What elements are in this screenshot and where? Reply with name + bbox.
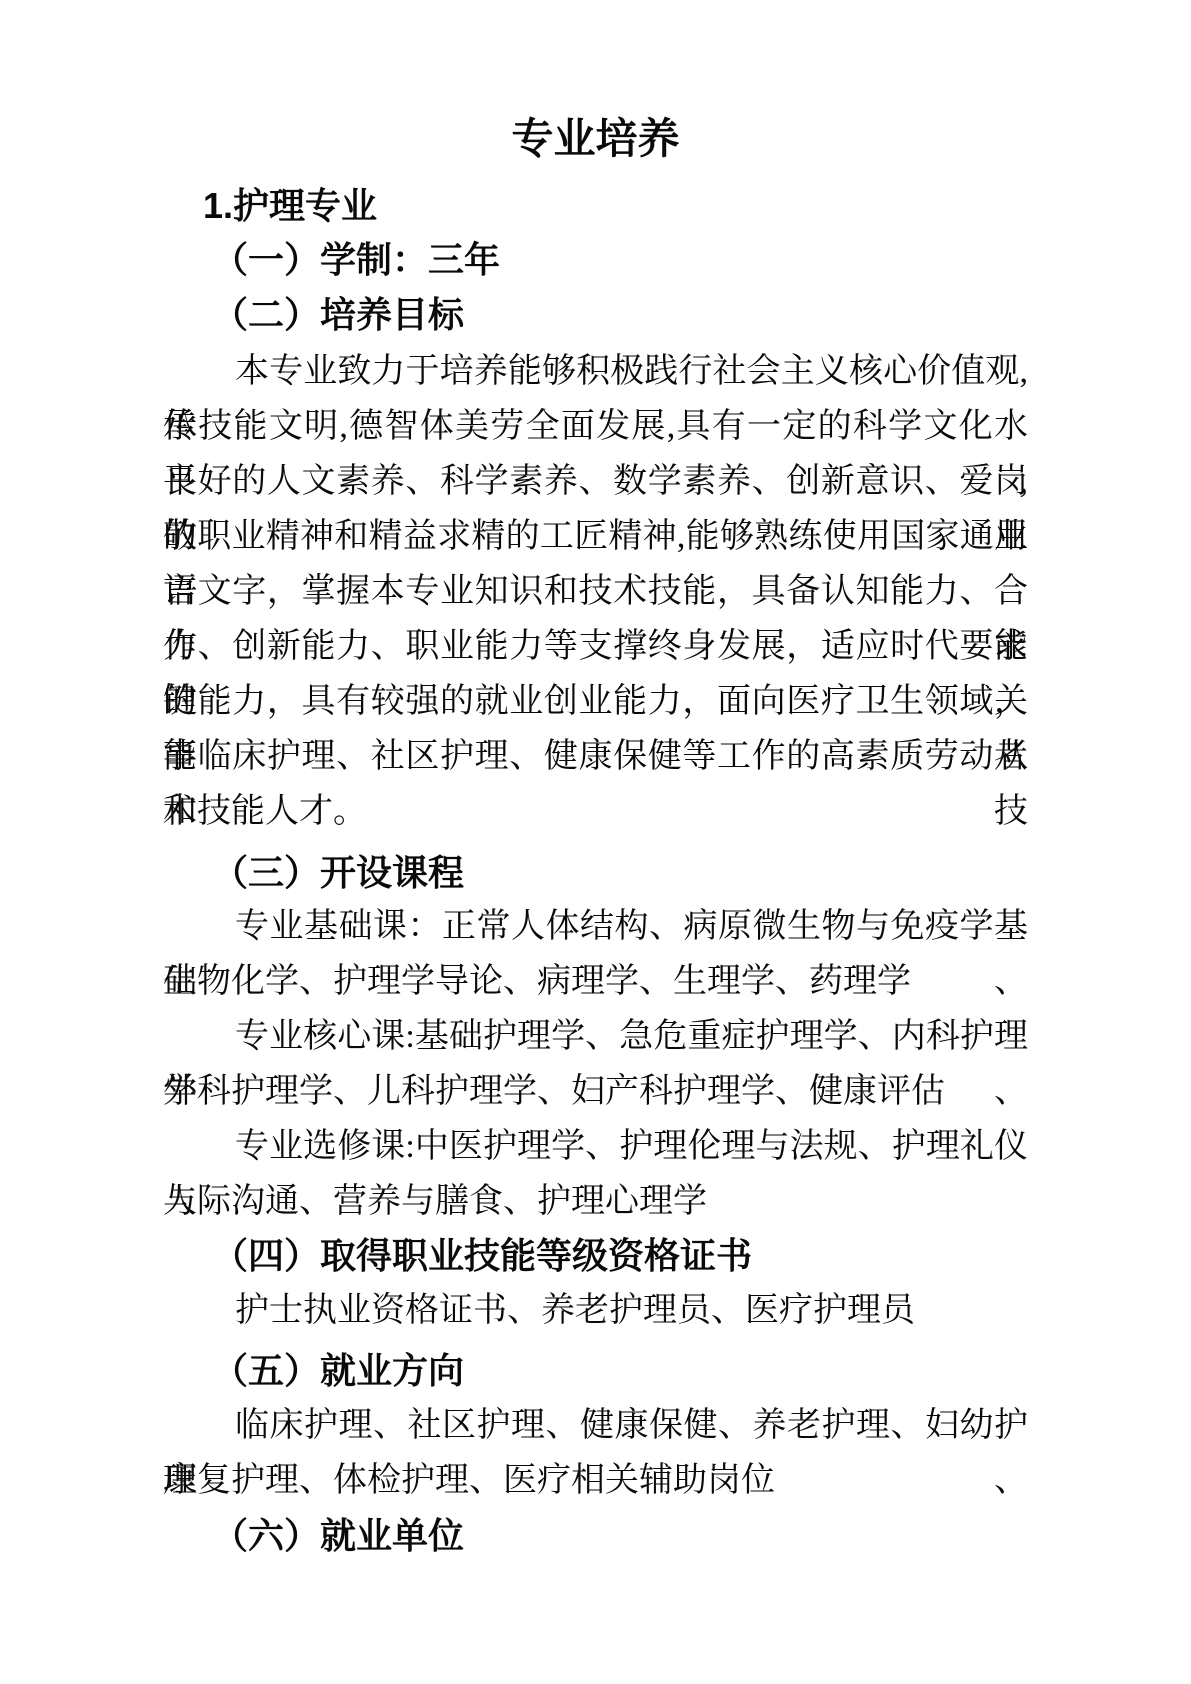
section-heading-5: （五）就业方向	[163, 1343, 1028, 1398]
paragraph-line: 专业核心课:基础护理学、急危重症护理学、内科护理学、	[163, 1009, 1028, 1064]
paragraph-line: 临床护理、社区护理、健康保健、养老护理、妇幼护理、	[163, 1398, 1028, 1453]
paragraph-line: 言文字，掌握本专业知识和技术技能，具备认知能力、合作能	[163, 564, 1028, 619]
paragraph-line: 键能力，具有较强的就业创业能力，面向医疗卫生领域，能从	[163, 674, 1028, 729]
section-heading-4: （四）取得职业技能等级资格证书	[163, 1228, 1028, 1283]
document-page: 专业培养 1.护理专业 （一）学制：三年 （二）培养目标 本专业致力于培养能够积…	[0, 0, 1191, 1684]
paragraph-line: 本专业致力于培养能够积极践行社会主义核心价值观,传	[163, 344, 1028, 399]
paragraph-line: 的职业精神和精益求精的工匠精神,能够熟练使用国家通用语	[163, 509, 1028, 564]
paragraph-line: 人际沟通、营养与膳食、护理心理学	[163, 1174, 1028, 1229]
paragraph-line: 承技能文明,德智体美劳全面发展,具有一定的科学文化水平,	[163, 399, 1028, 454]
section-heading-1: （一）学制：三年	[163, 232, 1028, 287]
section-heading-6: （六）就业单位	[163, 1508, 1028, 1563]
paragraph-line: 护士执业资格证书、养老护理员、医疗护理员	[163, 1283, 1028, 1338]
paragraph-line: 事临床护理、社区护理、健康保健等工作的高素质劳动者和技	[163, 729, 1028, 784]
paragraph-line: 术技能人才。	[163, 784, 1028, 839]
paragraph-line: 良好的人文素养、科学素养、数学素养、创新意识、爱岗敬业	[163, 454, 1028, 509]
section-heading-3: （三）开设课程	[163, 845, 1028, 900]
major-heading: 1.护理专业	[163, 178, 1028, 233]
document-title: 专业培养	[163, 110, 1028, 168]
paragraph-line: 生物化学、护理学导论、病理学、生理学、药理学	[163, 954, 1028, 1009]
paragraph-line: 专业基础课：正常人体结构、病原微生物与免疫学基础、	[163, 899, 1028, 954]
paragraph-line: 外科护理学、儿科护理学、妇产科护理学、健康评估	[163, 1064, 1028, 1119]
paragraph-line: 力、创新能力、职业能力等支撑终身发展，适应时代要求的关	[163, 619, 1028, 674]
paragraph-line: 专业选修课:中医护理学、护理伦理与法规、护理礼仪与	[163, 1119, 1028, 1174]
paragraph-line: 康复护理、体检护理、医疗相关辅助岗位	[163, 1453, 1028, 1508]
section-heading-2: （二）培养目标	[163, 287, 1028, 342]
